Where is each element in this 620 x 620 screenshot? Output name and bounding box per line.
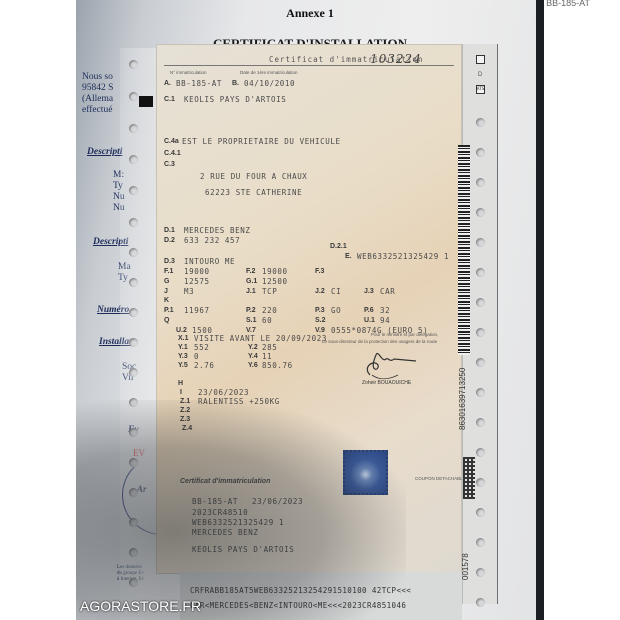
coupon-date: 23/06/2023: [252, 497, 303, 506]
field-label-d3: D.3: [164, 258, 175, 265]
field-value-f2: 19000: [262, 267, 288, 276]
field-value-p6: 32: [380, 306, 390, 315]
field-value-u1: 94: [380, 316, 390, 325]
field-label-s1: S.1: [246, 317, 257, 324]
field-label-g: G: [164, 278, 169, 285]
perforation-hole: [476, 478, 485, 487]
field-label-y2: Y.2: [248, 344, 258, 351]
perforation-hole: [476, 178, 485, 187]
perforation-hole: [476, 208, 485, 217]
perforation-hole: [476, 418, 485, 427]
field-label-j3: J.3: [364, 288, 374, 295]
field-value-y2: 285: [262, 343, 277, 352]
field-label-z1: Z.1: [180, 398, 190, 405]
intro-line: (Allema: [82, 94, 113, 105]
field-value-d3: INTOURO ME: [184, 257, 235, 266]
perforation-hole: [129, 278, 138, 287]
handwritten-number: 103224: [370, 52, 422, 66]
perforation-hole: [129, 124, 138, 133]
field-value-p1: 11967: [184, 306, 210, 315]
coupon-vin: WEB6332521325429 1: [192, 518, 284, 527]
field-value-address: 2 RUE DU FOUR A CHAUX: [200, 172, 307, 181]
datamatrix-code: [463, 457, 475, 499]
field-label-u1: U.1: [364, 317, 375, 324]
annex-handwritten-ref: BB-185-AT: [546, 0, 590, 8]
field-label-y1: Y.1: [178, 344, 188, 351]
field-label-p2: P.2: [246, 307, 256, 314]
field-label-f3: F.3: [315, 268, 324, 275]
perforation-hole: [129, 248, 138, 257]
perforation-hole: [129, 338, 138, 347]
alignment-mark: [139, 96, 153, 107]
field-value-j3: CAR: [380, 287, 395, 296]
field-label-q: Q: [164, 317, 169, 324]
coupon-label: COUPON DETACHABLE: [415, 476, 466, 481]
field-label-z4: Z.4: [182, 425, 192, 432]
field-label-d1: D.1: [164, 227, 175, 234]
field-label-y3: Y.3: [178, 353, 188, 360]
field-label-v9: V.9: [315, 327, 325, 334]
field-label-c1: C.1: [164, 96, 175, 103]
intro-line: 95842 S: [82, 83, 113, 94]
coupon-plate: BB-185-AT: [192, 497, 238, 506]
field-value-y5: 2.76: [194, 361, 214, 370]
signature: [360, 345, 420, 385]
field-label-y4: Y.4: [248, 353, 258, 360]
field-value-g1: 12500: [262, 277, 288, 286]
annex-title: Annexe 1: [0, 6, 620, 21]
perforation-hole: [129, 308, 138, 317]
coupon-make: MERCEDES BENZ: [192, 528, 259, 537]
field-label-e: E.: [345, 253, 352, 260]
field-label-p1: P.1: [164, 307, 174, 314]
field-label-j2: J.2: [315, 288, 325, 295]
field-value-p2: 220: [262, 306, 277, 315]
header-rule: [164, 65, 454, 66]
authority-line-2: Le sous-directeur de la protection des u…: [322, 339, 437, 344]
field-label-p6: P.6: [364, 307, 374, 314]
field-value-c4a: EST LE PROPRIETAIRE DU VEHICULE: [182, 137, 341, 146]
field-label-c3: C.3: [164, 161, 175, 168]
barcode: [458, 145, 470, 355]
field-value-c1: KEOLIS PAYS D'ARTOIS: [184, 95, 286, 104]
perforation-hole: [129, 488, 138, 497]
field-value-i: 23/06/2023: [198, 388, 249, 397]
field-label-j1: J.1: [246, 288, 256, 295]
perforation-hole: [476, 268, 485, 277]
field-label-x1: X.1: [178, 335, 189, 342]
field-label-v7: V.7: [246, 327, 256, 334]
signatory-name: Zoheir BOUAOUICHE: [362, 380, 411, 386]
hologram-stamp: [343, 450, 388, 495]
perforation-hole: [476, 298, 485, 307]
strip-box-label: D: [478, 72, 482, 78]
field-label-b: B.: [232, 80, 239, 87]
perforation-hole: [476, 598, 485, 607]
perforation-hole: [129, 428, 138, 437]
perforation-hole: [129, 578, 138, 587]
ats-box-icon: ATS: [476, 85, 485, 94]
perforation-hole: [476, 448, 485, 457]
field-label-c41: C.4.1: [164, 150, 181, 157]
perforation-hole: [129, 218, 138, 227]
field-label-k: K: [164, 297, 169, 304]
field-label-c4a: C.4a: [164, 138, 179, 145]
field-label-z3: Z.3: [180, 416, 190, 423]
background-edge: [536, 0, 544, 620]
field-label-f1: F.1: [164, 268, 173, 275]
field-value-j2: CI: [331, 287, 341, 296]
field-label-s2: S.2: [315, 317, 326, 324]
intro-line: effectué: [82, 105, 113, 116]
field-value-e: WEB6332521325429 1: [357, 252, 449, 261]
field-value-d2: 633 232 457: [184, 236, 240, 245]
field-label-i: I: [180, 389, 182, 396]
field-label-d2: D.2: [164, 237, 175, 244]
authority-line-1: Pour le ministre et par délégation,: [371, 332, 438, 337]
field-value-a: BB-185-AT: [176, 79, 222, 88]
perforation-hole: [129, 186, 138, 195]
perforated-strip-left: [120, 48, 160, 620]
perforation-hole: [476, 118, 485, 127]
mrz-line-2: CAR<MERCEDES<BENZ<INTOURO<ME<<<2023CR485…: [190, 601, 406, 610]
field-value-y3: 0: [194, 352, 199, 361]
field-label-p3: P.3: [315, 307, 325, 314]
coupon-title: Certificat d'immatriculation: [180, 478, 270, 485]
field-value-y1: 552: [194, 343, 209, 352]
perforation-hole: [129, 548, 138, 557]
perforation-hole: [476, 388, 485, 397]
serial-number-short: 001578: [461, 553, 470, 580]
field-label-d21: D.2.1: [330, 243, 347, 250]
checkbox-icon: [476, 55, 485, 64]
perforation-hole: [129, 92, 138, 101]
coupon-ref: 2023CR48510: [192, 508, 248, 517]
perforation-hole: [476, 538, 485, 547]
field-value-p3: GO: [331, 306, 341, 315]
perforation-hole: [129, 518, 138, 527]
field-label-g1: G.1: [246, 278, 257, 285]
field-label-u2: U.2: [176, 327, 187, 334]
field-value-y6: 850.76: [262, 361, 293, 370]
field-value-d1: MERCEDES BENZ: [184, 226, 251, 235]
label-first-registration-date: Date de 1ère immatriculation: [240, 70, 298, 75]
watermark: AGORASTORE.FR: [80, 598, 201, 614]
field-value-x1: VISITE AVANT LE 20/09/2023: [194, 334, 327, 343]
mrz-line-1: CRFRABB185AT5WEB63325213254291510100 42T…: [190, 586, 411, 595]
field-label-h: H: [178, 380, 183, 387]
perforation-hole: [476, 358, 485, 367]
serial-number-long: 86301639713250: [458, 368, 467, 430]
field-value-f1: 19000: [184, 267, 210, 276]
field-label-y5: Y.5: [178, 362, 188, 369]
perforation-hole: [129, 155, 138, 164]
field-value-s1: 60: [262, 316, 272, 325]
field-label-f2: F.2: [246, 268, 255, 275]
field-label-a: A.: [164, 80, 171, 87]
perforation-hole: [476, 508, 485, 517]
field-value-j1: TCP: [262, 287, 277, 296]
perforation-hole: [476, 568, 485, 577]
annex-section-description-1: Descripti: [87, 147, 122, 157]
perforation-hole: [476, 238, 485, 247]
field-label-z2: Z.2: [180, 407, 190, 414]
label-registration-number: N° immatriculation: [170, 70, 207, 75]
perforation-hole: [129, 398, 138, 407]
mrz-zone: [180, 572, 462, 620]
perforation-hole: [129, 60, 138, 69]
field-value-b: 04/10/2010: [244, 79, 295, 88]
field-value-y4: 11: [262, 352, 272, 361]
perforation-hole: [129, 368, 138, 377]
coupon-owner: KEOLIS PAYS D'ARTOIS: [192, 545, 294, 554]
field-value-address: 62223 STE CATHERINE: [205, 188, 302, 197]
perforation-hole: [476, 328, 485, 337]
perforation-hole: [129, 458, 138, 467]
annex-intro: Nous so 95842 S (Allema effectué: [82, 72, 113, 116]
field-value-j: M3: [184, 287, 194, 296]
field-label-j: J: [164, 288, 168, 295]
field-value-z1: RALENTISS +250KG: [198, 397, 280, 406]
intro-line: Nous so: [82, 72, 113, 83]
perforation-hole: [476, 148, 485, 157]
field-value-g: 12575: [184, 277, 210, 286]
field-label-y6: Y.6: [248, 362, 258, 369]
